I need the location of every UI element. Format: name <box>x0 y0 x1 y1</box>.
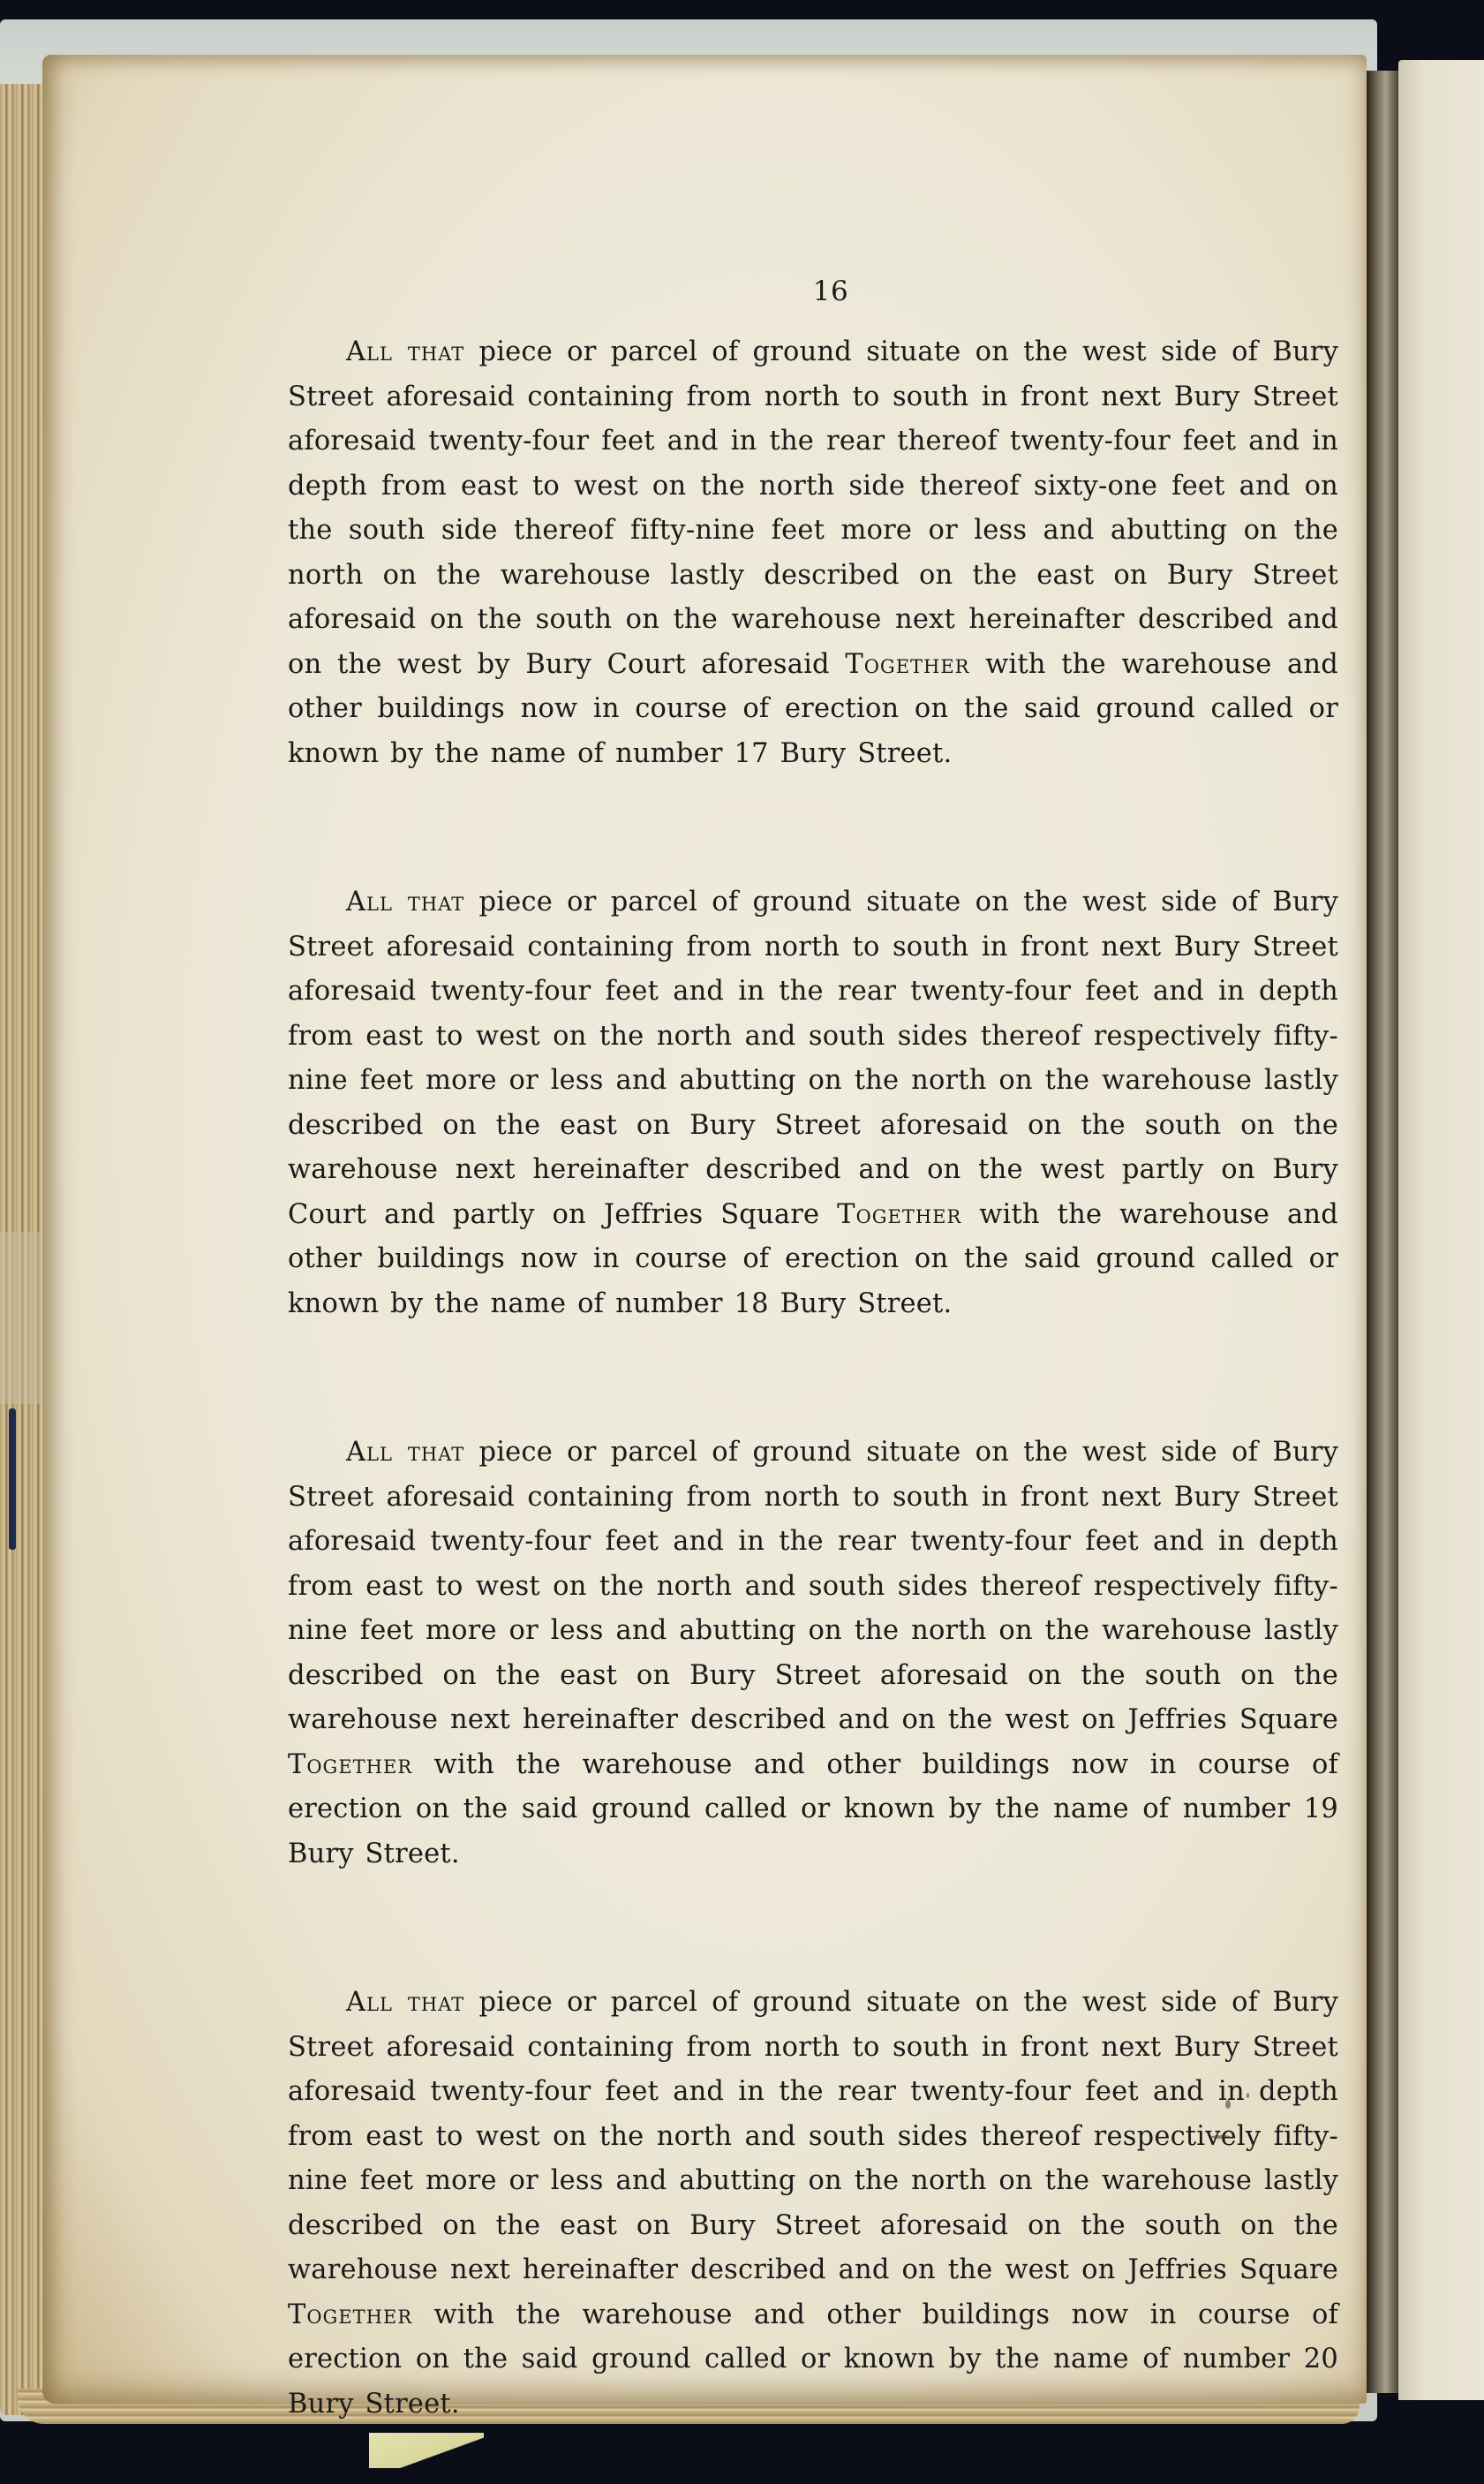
together-phrase: Together <box>288 2299 412 2330</box>
together-phrase: Together <box>288 1749 412 1780</box>
ink-speck <box>1225 2100 1231 2109</box>
together-phrase: Together <box>837 1199 961 1230</box>
paragraph-tail: with the warehouse and other buildings n… <box>288 1749 1338 1869</box>
together-phrase: Together <box>845 649 969 680</box>
lead-phrase: All that <box>346 887 464 917</box>
paragraph-body: piece or parcel of ground situate on the… <box>288 336 1338 680</box>
lead-phrase: All that <box>346 1437 464 1468</box>
page-number: 16 <box>288 274 1338 309</box>
facing-page <box>1398 60 1484 2400</box>
book-gutter <box>1367 71 1398 2393</box>
binding-edge <box>9 1408 16 1550</box>
paragraph-lot-17: All that piece or parcel of ground situa… <box>288 330 1338 776</box>
ink-speck <box>1211 2135 1231 2139</box>
paragraph-tail: with the warehouse and other buildings n… <box>288 2299 1338 2420</box>
lead-phrase: All that <box>346 336 464 367</box>
paragraph-lot-18: All that piece or parcel of ground situa… <box>288 880 1338 1326</box>
ink-speck <box>1247 2093 1249 2098</box>
paragraph-lot-19: All that piece or parcel of ground situa… <box>288 1431 1338 1876</box>
document-text: 16 All that piece or parcel of ground si… <box>288 274 1338 2427</box>
paragraph-body: piece or parcel of ground situate on the… <box>288 1987 1338 2285</box>
lead-phrase: All that <box>346 1987 464 2018</box>
paragraph-body: piece or parcel of ground situate on the… <box>288 1437 1338 1735</box>
paragraph-lot-20: All that piece or parcel of ground situa… <box>288 1981 1338 2427</box>
paragraph-body: piece or parcel of ground situate on the… <box>288 887 1338 1230</box>
bookmark-slip <box>369 2433 484 2468</box>
